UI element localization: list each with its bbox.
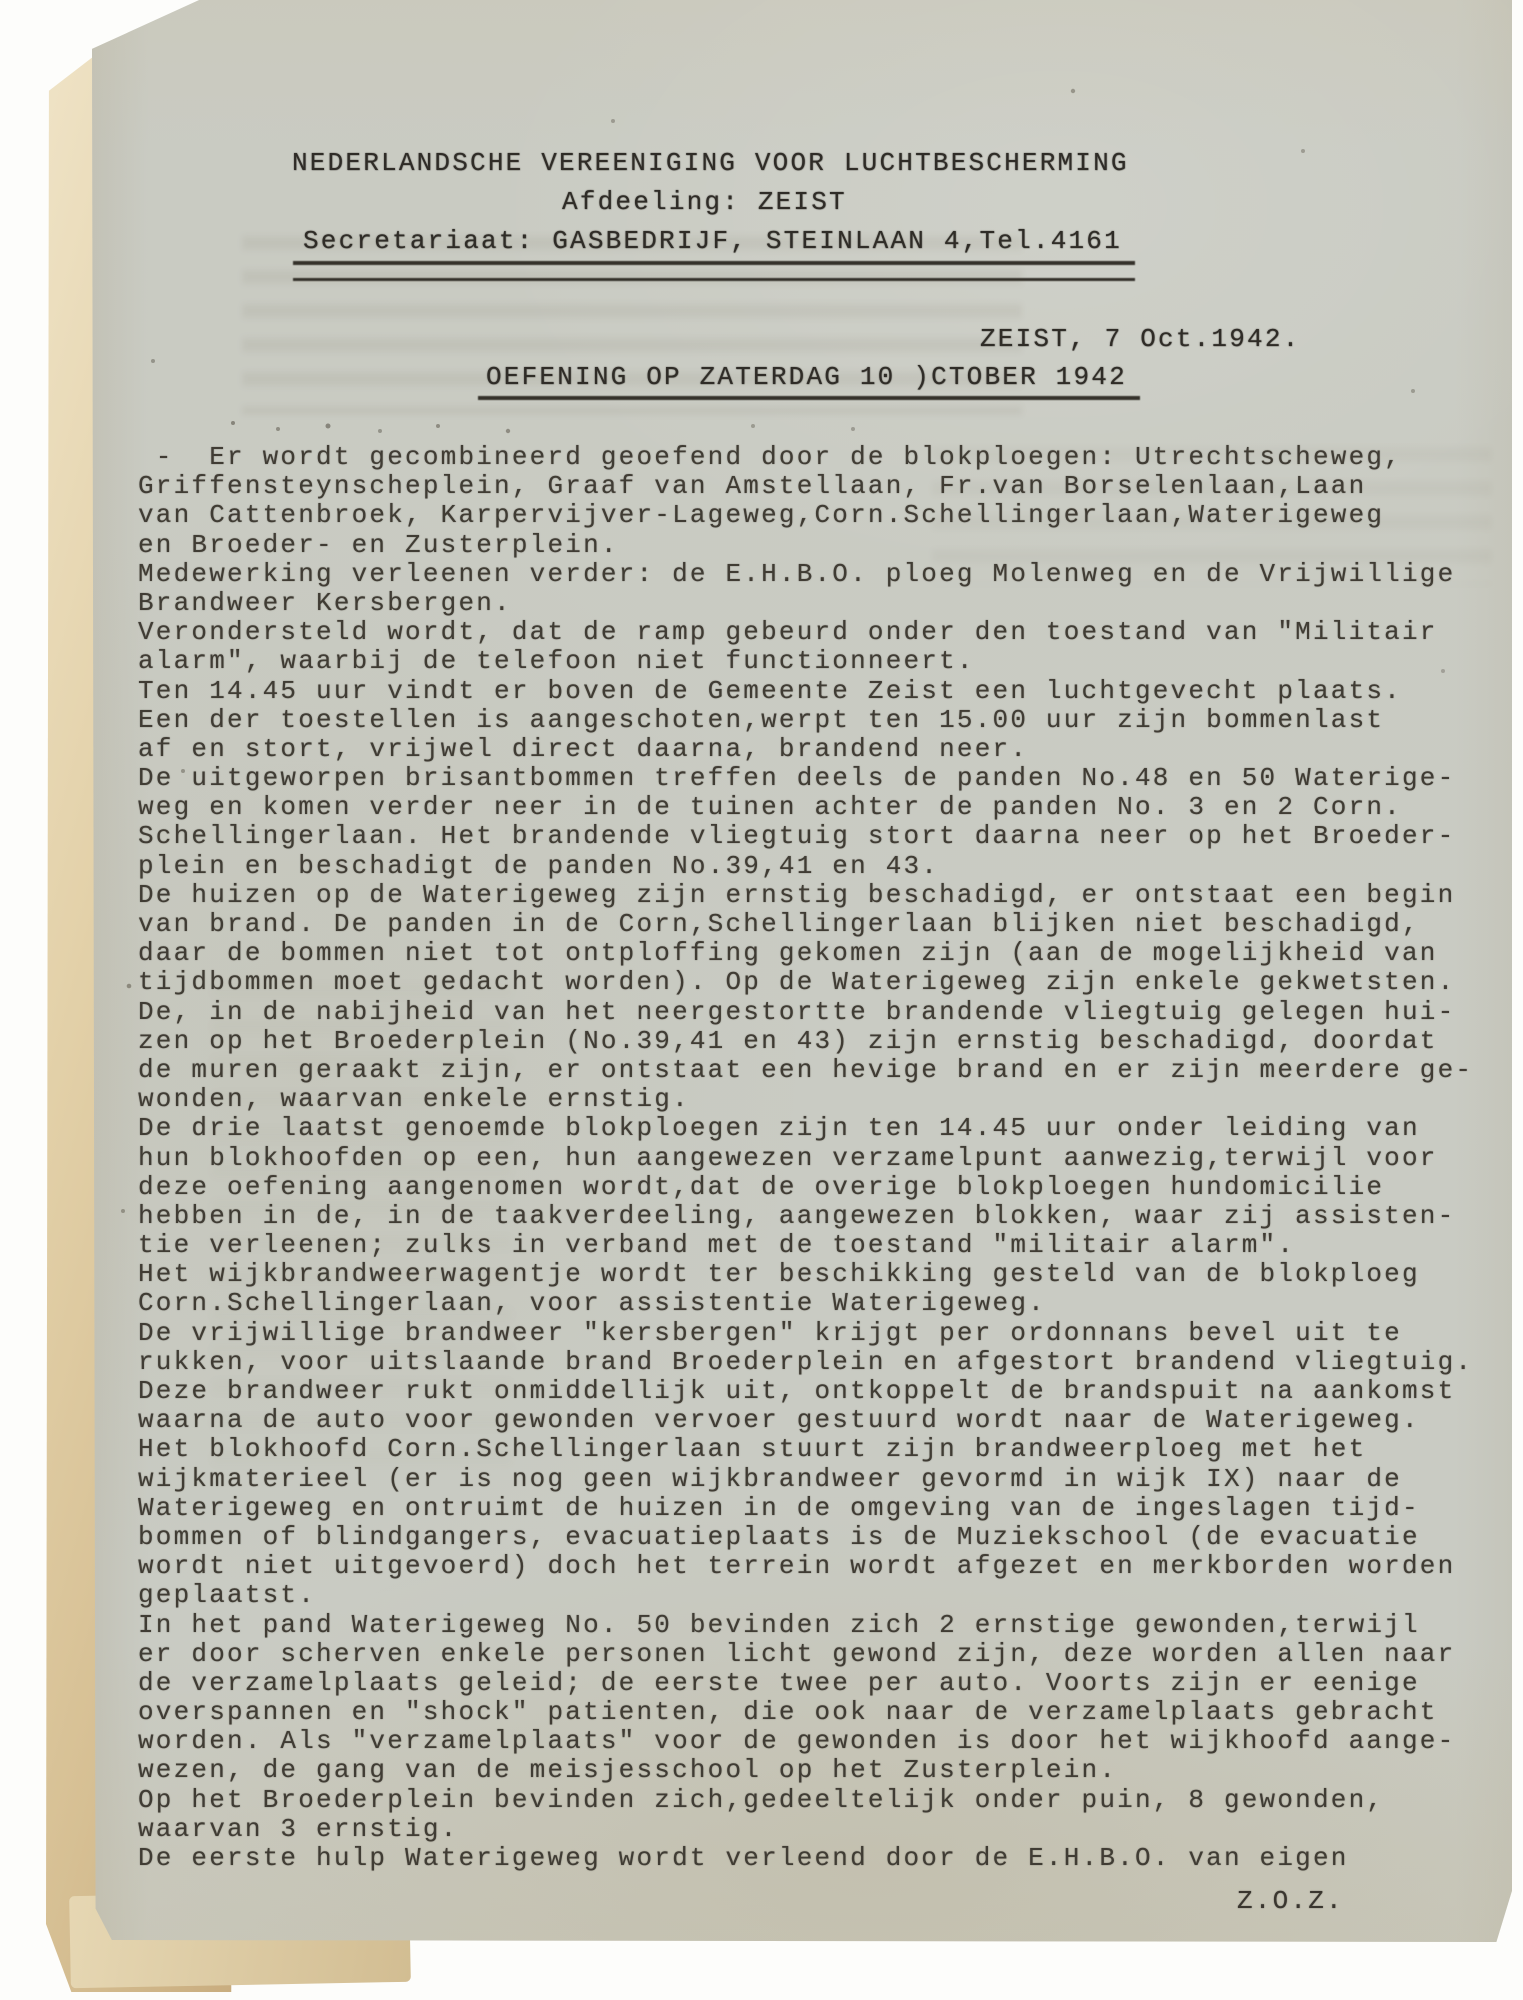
body-line: bommen of blindgangers, evacuatieplaats … — [138, 1523, 1473, 1552]
body-line: hebben in de, in de taakverdeeling, aang… — [138, 1202, 1473, 1231]
body-line: van brand. De panden in de Corn,Schellin… — [138, 910, 1473, 939]
body-line: De uitgeworpen brisantbommen treffen dee… — [138, 764, 1473, 793]
body-line: wijkmaterieel (er is nog geen wijkbrandw… — [138, 1465, 1473, 1494]
exercise-title: OEFENING OP ZATERDAG 10 )CTOBER 1942 — [486, 362, 1127, 392]
body-line: tijdbommen moet gedacht worden). Op de W… — [138, 968, 1473, 997]
body-line: rukken, voor uitslaande brand Broederple… — [138, 1348, 1473, 1377]
body-line: Ten 14.45 uur vindt er boven de Gemeente… — [138, 677, 1473, 706]
body-line: De drie laatst genoemde blokploegen zijn… — [138, 1114, 1473, 1143]
paper-sheet: NEDERLANDSCHE VEREENIGING VOOR LUCHTBESC… — [92, 0, 1512, 1942]
body-line: zen op het Broederplein (No.39,41 en 43)… — [138, 1027, 1473, 1056]
body-line: - Er wordt gecombineerd geoefend door de… — [138, 443, 1473, 472]
body-line: De eerste hulp Waterigeweg wordt verleen… — [138, 1844, 1473, 1873]
body-line: worden. Als "verzamelplaats" voor de gew… — [138, 1727, 1473, 1756]
body-line: de verzamelplaats geleid; de eerste twee… — [138, 1669, 1473, 1698]
body-line: af en stort, vrijwel direct daarna, bran… — [138, 735, 1473, 764]
body-line: Op het Broederplein bevinden zich,gedeel… — [138, 1786, 1473, 1815]
body-line: Corn.Schellingerlaan, voor assistentie W… — [138, 1289, 1473, 1318]
body-line: De huizen op de Waterigeweg zijn ernstig… — [138, 881, 1473, 910]
body-line: Brandweer Kersbergen. — [138, 589, 1473, 618]
secretariat-double-underline — [293, 261, 1135, 281]
title-underline — [478, 396, 1140, 400]
body-line: Schellingerlaan. Het brandende vliegtuig… — [138, 822, 1473, 851]
body-line: van Cattenbroek, Karpervijver-Lageweg,Co… — [138, 501, 1473, 530]
body-line: wonden, waarvan enkele ernstig. — [138, 1085, 1473, 1114]
body-line: Het wijkbrandweerwagentje wordt ter besc… — [138, 1260, 1473, 1289]
scan-backdrop: NEDERLANDSCHE VEREENIGING VOOR LUCHTBESC… — [0, 0, 1523, 2000]
body-line: Verondersteld wordt, dat de ramp gebeurd… — [138, 618, 1473, 647]
body-line: alarm", waarbij de telefoon niet functio… — [138, 647, 1473, 676]
body-line: Het blokhoofd Corn.Schellingerlaan stuur… — [138, 1435, 1473, 1464]
body-line: De vrijwillige brandweer "kersbergen" kr… — [138, 1319, 1473, 1348]
body-line: hun blokhoofden op een, hun aangewezen v… — [138, 1144, 1473, 1173]
place-date: ZEIST, 7 Oct.1942. — [980, 324, 1300, 354]
body-line: de muren geraakt zijn, er ontstaat een h… — [138, 1056, 1473, 1085]
body-line: Een der toestellen is aangeschoten,werpt… — [138, 706, 1473, 735]
body-line: overspannen en "shock" patienten, die oo… — [138, 1698, 1473, 1727]
body-line: plein en beschadigt de panden No.39,41 e… — [138, 852, 1473, 881]
body-line: Medewerking verleenen verder: de E.H.B.O… — [138, 560, 1473, 589]
body-line: waarna de auto voor gewonden vervoer ges… — [138, 1406, 1473, 1435]
body-line: wezen, de gang van de meisjesschool op h… — [138, 1756, 1473, 1785]
body-line: wordt niet uitgevoerd) doch het terrein … — [138, 1552, 1473, 1581]
body-line: deze oefening aangenomen wordt,dat de ov… — [138, 1173, 1473, 1202]
body-line: er door scherven enkele personen licht g… — [138, 1640, 1473, 1669]
body-line: daar de bommen niet tot ontploffing geko… — [138, 939, 1473, 968]
footer-zoz: Z.O.Z. — [1237, 1886, 1344, 1916]
body-line: geplaatst. — [138, 1581, 1473, 1610]
body-line: en Broeder- en Zusterplein. — [138, 531, 1473, 560]
body-line: De, in de nabijheid van het neergestortt… — [138, 998, 1473, 1027]
body-line: Deze brandweer rukt onmiddellijk uit, on… — [138, 1377, 1473, 1406]
body-line: Griffensteynscheplein, Graaf van Amstell… — [138, 472, 1473, 501]
body-line: tie verleenen; zulks in verband met de t… — [138, 1231, 1473, 1260]
body-line: waarvan 3 ernstig. — [138, 1815, 1473, 1844]
body-line: In het pand Waterigeweg No. 50 bevinden … — [138, 1611, 1473, 1640]
department-line: Afdeeling: ZEIST — [562, 187, 847, 217]
body-line: weg en komen verder neer in de tuinen ac… — [138, 793, 1473, 822]
secretariat-line: Secretariaat: GASBEDRIJF, STEINLAAN 4,Te… — [303, 226, 1122, 256]
organization-name: NEDERLANDSCHE VEREENIGING VOOR LUCHTBESC… — [292, 148, 1129, 178]
body-text: - Er wordt gecombineerd geoefend door de… — [138, 443, 1473, 1873]
body-line: Waterigeweg en ontruimt de huizen in de … — [138, 1494, 1473, 1523]
